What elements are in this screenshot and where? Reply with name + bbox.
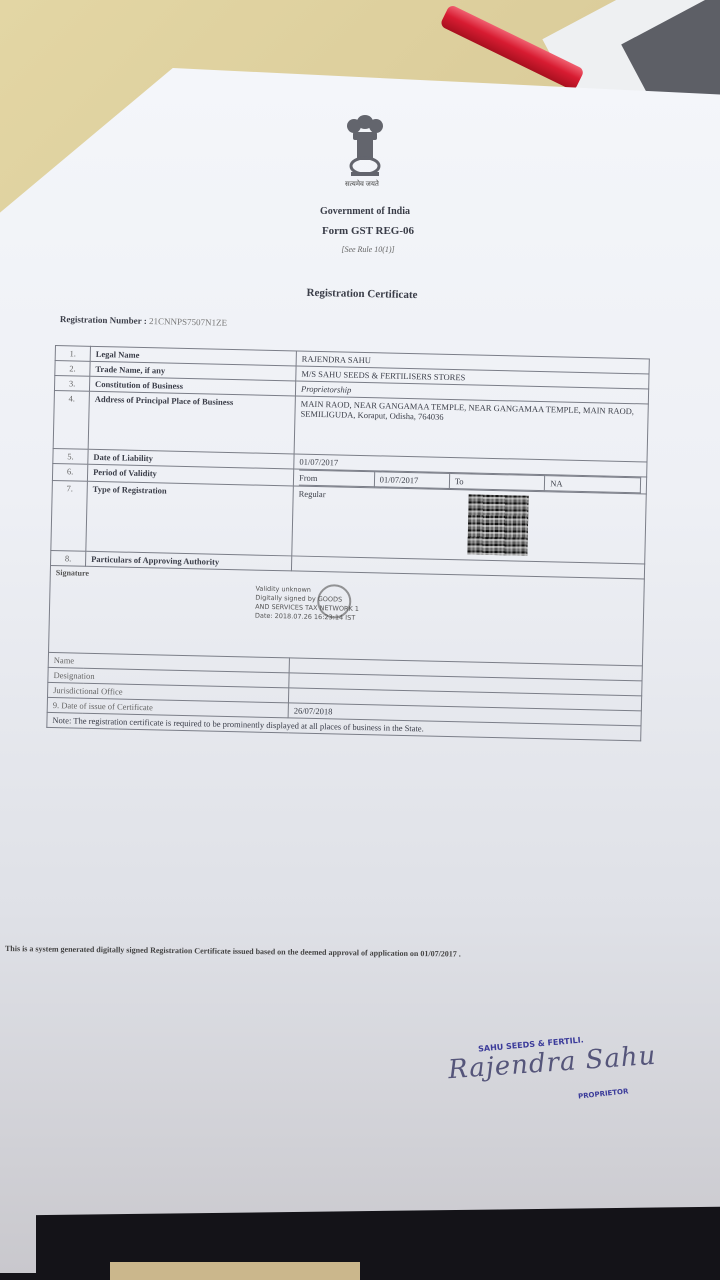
system-generated-footer: This is a system generated digitally sig… [5, 944, 685, 961]
registration-number-label: Registration Number : [60, 314, 147, 326]
rule-reference: [See Rule 10(1)] [8, 245, 720, 254]
row-number: 2. [55, 361, 90, 377]
registration-type-value: Regular [299, 489, 326, 500]
validity-from-value: 01/07/2017 [374, 472, 449, 489]
table-row: 7. Type of Registration Regular [51, 480, 646, 563]
validity-from-label: From [299, 470, 374, 487]
signature-row: Signature Validity unknown Digitally sig… [49, 565, 645, 665]
row-number: 4. [53, 390, 89, 449]
row-number: 6. [52, 463, 87, 481]
certificate-title: Registration Certificate [2, 280, 720, 307]
government-heading: Government of India [5, 206, 720, 217]
proprietor-stamp-text: PROPRIETOR [578, 1087, 629, 1100]
row-number: 7. [51, 480, 88, 551]
registration-type-cell: Regular [292, 486, 646, 564]
form-heading: Form GST REG-06 [8, 225, 720, 237]
row-label: Address of Principal Place of Business [88, 391, 295, 454]
digital-signature-stamp: Validity unknown Digitally signed by GOO… [255, 585, 360, 623]
row-number: 3. [54, 376, 89, 392]
row-label: Type of Registration [86, 481, 294, 556]
registration-number: Registration Number : 21CNNPS7507N1ZE [60, 314, 227, 328]
emblem-caption: सत्यमेव जयते [345, 180, 379, 189]
row-number: 8. [50, 550, 85, 566]
registration-number-value: 21CNNPS7507N1ZE [149, 316, 227, 328]
row-number: 1. [55, 346, 90, 362]
row-number: 5. [53, 448, 88, 464]
validity-to-label: To [449, 473, 545, 490]
certificate-table: 1. Legal Name RAJENDRA SAHU 2. Trade Nam… [46, 345, 650, 741]
signature-cell: Signature Validity unknown Digitally sig… [49, 565, 645, 665]
registration-certificate: सत्यमेव जयते Government of India Form GS… [0, 0, 720, 1280]
validity-to-value: NA [545, 476, 641, 493]
qr-code-icon[interactable] [467, 494, 528, 555]
national-emblem-icon [343, 112, 387, 178]
address-value: MAIN RAOD, NEAR GANGAMAA TEMPLE, NEAR GA… [294, 396, 648, 462]
